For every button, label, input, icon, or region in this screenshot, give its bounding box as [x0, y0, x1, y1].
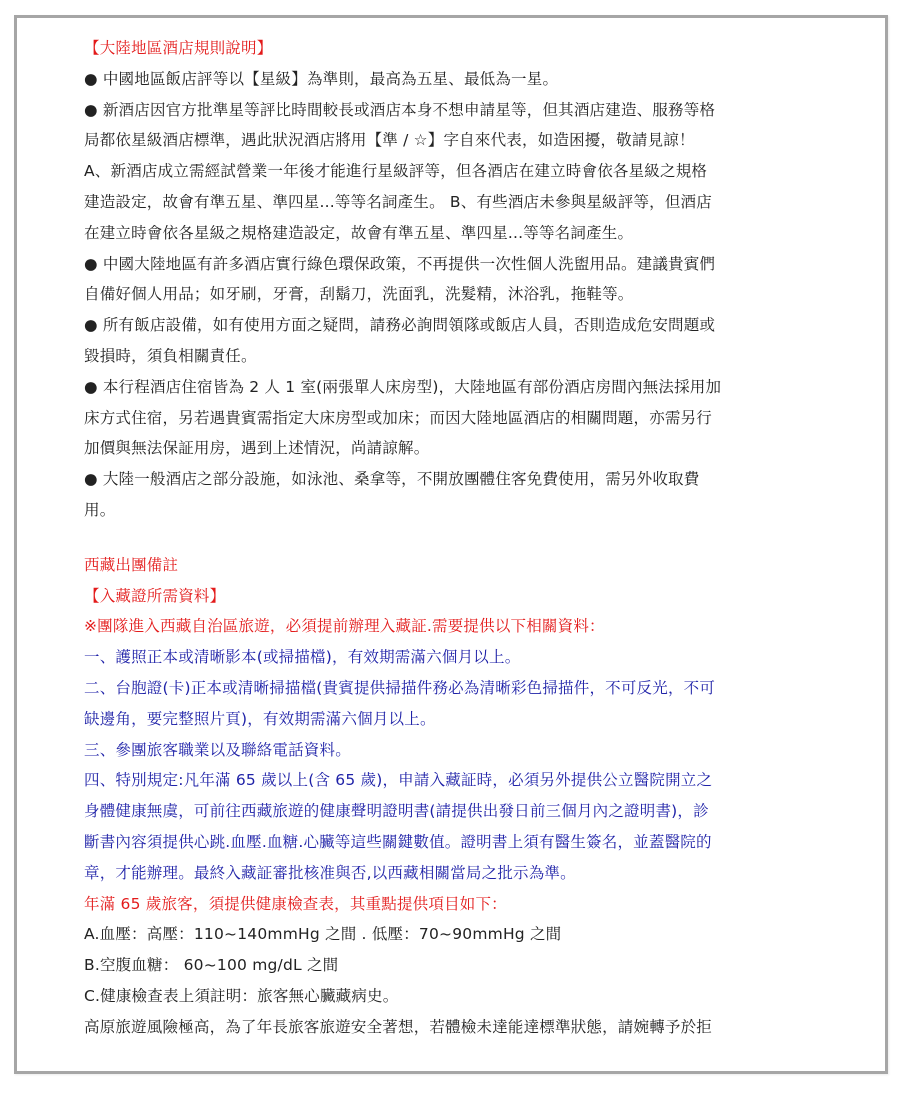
- document-content: 【大陸地區酒店規則說明】 ● 中國地區飯店評等以【星級】為準則，最高為五星、最低…: [84, 33, 824, 1043]
- tibet-requirement-line: 斷書內容須提供心跳.血壓.血糖.心臟等這些關鍵數值。證明書上須有醫生簽名，並蓋醫…: [84, 827, 824, 858]
- hotel-rule-line: 局都依星級酒店標準，遇此狀況酒店將用【準 / ☆】字自來代表，如造困擾，敬請見諒…: [84, 125, 824, 156]
- tibet-requirement-line: 一、護照正本或清晰影本(或掃描檔)，有效期需滿六個月以上。: [84, 642, 824, 673]
- hotel-rule-line: 在建立時會依各星級之規格建造設定，故會有準五星、準四星...等等名詞產生。: [84, 218, 824, 249]
- tibet-requirement-line: 二、台胞證(卡)正本或清晰掃描檔(貴賓提供掃描件務必為清晰彩色掃描件，不可反光，…: [84, 673, 824, 704]
- hotel-rule-line: ● 中國地區飯店評等以【星級】為準則，最高為五星、最低為一星。: [84, 64, 824, 95]
- hotel-rules-heading: 【大陸地區酒店規則說明】: [84, 33, 824, 64]
- tibet-requirement-line: 章，才能辦理。最終入藏証審批核准與否,以西藏相關當局之批示為準。: [84, 858, 824, 889]
- tibet-requirement-line: 三、參團旅客職業以及聯絡電話資料。: [84, 735, 824, 766]
- health-item-blood-sugar: B.空腹血糖： 60~100 mg/dL 之間: [84, 950, 824, 981]
- health-item-heart-history: C.健康檢查表上須註明：旅客無心臟藏病史。: [84, 981, 824, 1012]
- hotel-rule-line: ● 中國大陸地區有許多酒店實行綠色環保政策，不再提供一次性個人洗盥用品。建議貴賓…: [84, 249, 824, 280]
- document-frame: 【大陸地區酒店規則說明】 ● 中國地區飯店評等以【星級】為準則，最高為五星、最低…: [14, 15, 888, 1074]
- altitude-risk-note: 高原旅遊風險極高，為了年長旅客旅遊安全著想，若體檢未達能達標準狀態，請婉轉予於拒: [84, 1012, 824, 1043]
- tibet-requirement-line: 四、特別規定:凡年滿 65 歲以上(含 65 歲)，申請入藏証時，必須另外提供公…: [84, 765, 824, 796]
- hotel-rule-line: ● 大陸一般酒店之部分設施，如泳池、桑拿等，不開放團體住客免費使用，需另外收取費: [84, 464, 824, 495]
- hotel-rule-line: 用。: [84, 495, 824, 526]
- health-item-blood-pressure: A.血壓：高壓：110~140mmHg 之間 . 低壓：70~90mmHg 之間: [84, 919, 824, 950]
- senior-health-heading: 年滿 65 歲旅客，須提供健康檢查表，其重點提供項目如下：: [84, 889, 824, 920]
- hotel-rule-line: 毀損時，須負相關責任。: [84, 341, 824, 372]
- hotel-rule-line: 加價與無法保証用房，遇到上述情況，尚請諒解。: [84, 433, 824, 464]
- hotel-rule-line: A、新酒店成立需經試營業一年後才能進行星級評等，但各酒店在建立時會依各星級之規格: [84, 156, 824, 187]
- hotel-rule-line: 建造設定，故會有準五星、準四星...等等名詞產生。 B、有些酒店未參與星級評等，…: [84, 187, 824, 218]
- hotel-rule-line: 床方式住宿，另若遇貴賓需指定大床房型或加床；而因大陸地區酒店的相關問題，亦需另行: [84, 403, 824, 434]
- tibet-notes-section: 西藏出團備註 【入藏證所需資料】 ※團隊進入西藏自治區旅遊，必須提前辦理入藏証.…: [84, 550, 824, 1043]
- tibet-permit-heading: 【入藏證所需資料】: [84, 581, 824, 612]
- tibet-requirement-line: 缺邊角，要完整照片頁)，有效期需滿六個月以上。: [84, 704, 824, 735]
- hotel-rule-line: 自備好個人用品；如牙刷，牙膏，刮鬍刀，洗面乳，洗髮精，沐浴乳，拖鞋等。: [84, 279, 824, 310]
- section-spacer: [84, 526, 824, 550]
- hotel-rule-line: ● 本行程酒店住宿皆為 2 人 1 室(兩張單人床房型)，大陸地區有部份酒店房間…: [84, 372, 824, 403]
- hotel-rules-section: 【大陸地區酒店規則說明】 ● 中國地區飯店評等以【星級】為準則，最高為五星、最低…: [84, 33, 824, 526]
- tibet-notes-title: 西藏出團備註: [84, 550, 824, 581]
- tibet-requirement-line: 身體健康無虞，可前往西藏旅遊的健康聲明證明書(請提供出發日前三個月內之證明書)，…: [84, 796, 824, 827]
- tibet-notice-line: ※團隊進入西藏自治區旅遊，必須提前辦理入藏証.需要提供以下相關資料：: [84, 611, 824, 642]
- hotel-rule-line: ● 所有飯店設備，如有使用方面之疑問，請務必詢問領隊或飯店人員，否則造成危安問題…: [84, 310, 824, 341]
- hotel-rule-line: ● 新酒店因官方批準星等評比時間較長或酒店本身不想申請星等，但其酒店建造、服務等…: [84, 95, 824, 126]
